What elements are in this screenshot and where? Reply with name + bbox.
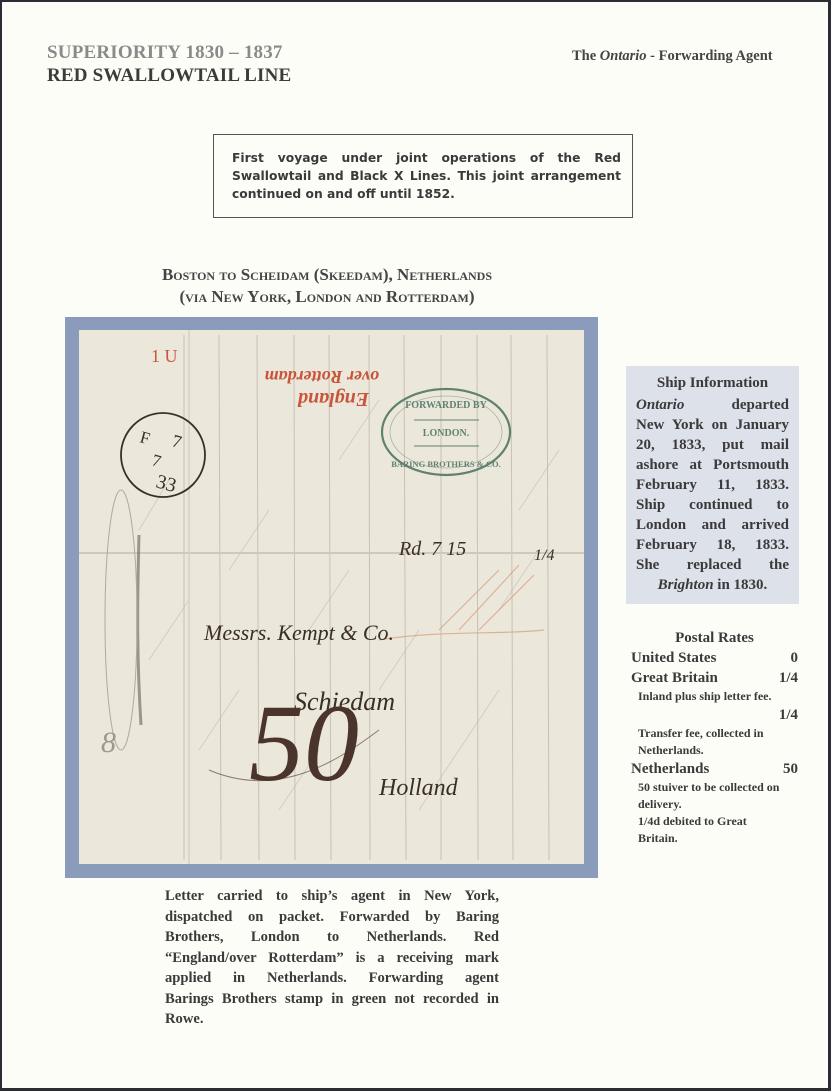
manuscript-note: Rd. 7 15 xyxy=(398,538,466,560)
rate-note: 1/4d debited to Great xyxy=(631,813,798,830)
ship-info-line: She replaced the xyxy=(636,555,789,575)
exhibit-page: SUPERIORITY 1830 – 1837 RED SWALLOWTAIL … xyxy=(2,2,828,1088)
svg-text:England: England xyxy=(297,388,370,410)
ship-info-line: ashore at Portsmouth xyxy=(636,455,789,475)
svg-text:BARING BROTHERS & CO.: BARING BROTHERS & CO. xyxy=(391,459,501,469)
svg-text:F: F xyxy=(138,428,152,449)
ship-info-line: Ontario departed xyxy=(636,395,789,415)
caption-line: dispatched on packet. Forwarded by Barin… xyxy=(165,907,499,928)
route-line-2: (via New York, London and Rotterdam) xyxy=(102,286,552,308)
caption-line: Barings Brothers stamp in green not reco… xyxy=(165,989,499,1010)
rate-note: Inland plus ship letter fee. xyxy=(631,688,798,705)
rate-note: Netherlands. xyxy=(631,742,798,759)
callout-box: First voyage under joint operations of t… xyxy=(213,134,633,218)
svg-text:7: 7 xyxy=(170,431,184,453)
green-forwarder-stamp: FORWARDED BY LONDON. BARING BROTHERS & C… xyxy=(382,389,510,475)
subject-prefix: The xyxy=(572,48,600,64)
postal-rates-title: Postal Rates xyxy=(631,628,798,648)
svg-text:FORWARDED BY: FORWARDED BY xyxy=(405,400,487,411)
ship-information-panel: Ship Information Ontario departed New Yo… xyxy=(626,366,799,604)
svg-text:33: 33 xyxy=(154,471,179,497)
ship-info-body: Ontario departed New York on January 20,… xyxy=(636,395,789,595)
rate-row-netherlands: Netherlands 50 xyxy=(631,759,798,779)
rate-note: delivery. xyxy=(631,796,798,813)
ship-info-line: Brighton in 1830. xyxy=(636,575,789,595)
subject-ship: Ontario xyxy=(600,48,647,64)
circular-datestamp: F 7 7 33 xyxy=(121,413,205,497)
pencil-8: 8 xyxy=(101,726,116,759)
page-subject: The Ontario - Forwarding Agent xyxy=(572,48,773,65)
ship-info-line: February 11, 1833. xyxy=(636,475,789,495)
ship-info-title: Ship Information xyxy=(636,373,789,393)
postal-rates-panel: Postal Rates United States 0 Great Brita… xyxy=(631,628,798,847)
caption-line: applied in Netherlands. Forwarding agent xyxy=(165,968,499,989)
ship-info-line: New York on January xyxy=(636,415,789,435)
route-title: Boston to Scheidam (Skeedam), Netherland… xyxy=(102,264,552,308)
cover-image: 1 U England over Rotterdam FORWARDED BY … xyxy=(79,330,584,864)
address-line-1: Messrs. Kempt & Co. xyxy=(203,620,394,645)
subject-suffix: - Forwarding Agent xyxy=(647,48,773,64)
due-mark-50: 50 xyxy=(249,682,359,804)
red-corner-mark: 1 U xyxy=(151,346,178,366)
svg-text:over Rotterdam: over Rotterdam xyxy=(265,367,380,387)
caption-line: Rowe. xyxy=(165,1009,499,1030)
rate-note: 50 stuiver to be collected on xyxy=(631,779,798,796)
svg-text:LONDON.: LONDON. xyxy=(423,428,470,439)
rate-note: Britain. xyxy=(631,830,798,847)
cover-illustration: 1 U England over Rotterdam FORWARDED BY … xyxy=(79,330,584,864)
rate-row-great-britain: Great Britain 1/4 xyxy=(631,668,798,688)
caption-line: Letter carried to ship’s agent in New Yo… xyxy=(165,886,499,907)
era-heading: SUPERIORITY 1830 – 1837 xyxy=(47,42,283,64)
rate-row-transfer-fee: 1/4 xyxy=(631,705,798,725)
route-line-1: Boston to Scheidam (Skeedam), Netherland… xyxy=(102,264,552,286)
rate-note: Transfer fee, collected in xyxy=(631,725,798,742)
caption-line: Brothers, London to Netherlands. Red xyxy=(165,927,499,948)
svg-text:7: 7 xyxy=(150,451,164,472)
manuscript-rate: 1/4 xyxy=(534,547,554,564)
ship-info-line: Ship continued to xyxy=(636,495,789,515)
ship-info-line: February 18, 1833. xyxy=(636,535,789,555)
red-receiving-mark: England over Rotterdam xyxy=(265,367,380,410)
address-line-3: Holland xyxy=(378,775,459,801)
ship-info-line: 20, 1833, put mail xyxy=(636,435,789,455)
line-heading: RED SWALLOWTAIL LINE xyxy=(47,65,291,87)
ship-info-line: London and arrived xyxy=(636,515,789,535)
caption-line: “England/over Rotterdam” is a receiving … xyxy=(165,948,499,969)
rate-row-united-states: United States 0 xyxy=(631,648,798,668)
cover-caption: Letter carried to ship’s agent in New Yo… xyxy=(165,886,499,1030)
